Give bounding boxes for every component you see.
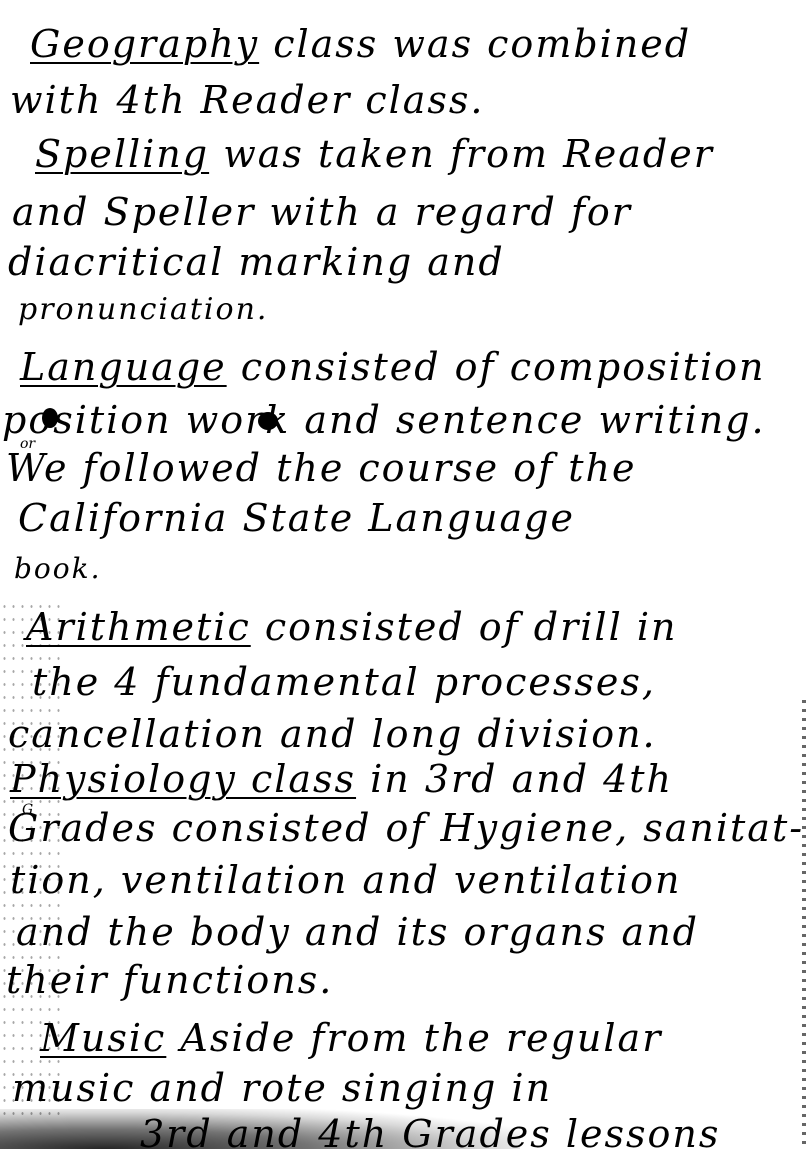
line-12: Arithmetic consisted of drill in bbox=[26, 605, 677, 649]
line-3: Spelling was taken from Reader bbox=[35, 132, 714, 176]
line-6: pronunciation. bbox=[18, 292, 268, 327]
line-15: Physiology class in 3rd and 4th bbox=[10, 757, 673, 801]
line-8: position work and sentence writing. bbox=[2, 398, 766, 442]
ink-blot bbox=[42, 408, 58, 428]
page-edge bbox=[802, 700, 806, 1149]
line-14: cancellation and long division. bbox=[8, 712, 657, 756]
ink-blot bbox=[258, 412, 278, 430]
scan-noise bbox=[0, 600, 60, 1120]
heading-spelling: Spelling bbox=[35, 132, 209, 176]
line-5: diacritical marking and bbox=[8, 240, 505, 284]
scan-smudge bbox=[0, 1109, 520, 1149]
heading-physiology: Physiology class bbox=[10, 757, 356, 801]
line-9: We followed the course of the bbox=[6, 446, 637, 490]
line-4: and Speller with a regard for bbox=[12, 190, 632, 234]
line-2: with 4th Reader class. bbox=[10, 78, 485, 122]
document-page: Geography class was combined with 4th Re… bbox=[0, 0, 806, 1149]
line-1: Geography class was combined bbox=[30, 22, 691, 66]
line-13: the 4 fundamental processes, bbox=[32, 660, 656, 704]
heading-geography: Geography bbox=[30, 22, 259, 66]
line-17: tion, ventilation and ventilation bbox=[10, 858, 681, 902]
line-20: Music Aside from the regular bbox=[40, 1016, 662, 1060]
line-18: and the body and its organs and bbox=[16, 910, 699, 954]
line-21: music and rote singing in bbox=[12, 1066, 552, 1110]
line-16: Grades consisted of Hygiene, sanitat- bbox=[8, 806, 804, 850]
line-11: book. bbox=[14, 552, 102, 585]
heading-language: Language bbox=[20, 345, 227, 389]
line-7: Language consisted of composition bbox=[20, 345, 766, 389]
line-10: California State Language bbox=[18, 496, 575, 540]
